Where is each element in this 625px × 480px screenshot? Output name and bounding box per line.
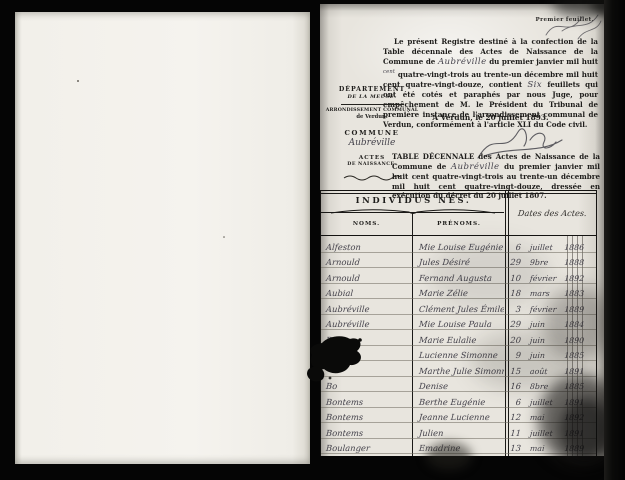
nom-cell: Bontems (321, 397, 412, 407)
scan-smudge (426, 442, 472, 470)
scan-smudge (430, 240, 550, 310)
date-year: 1888 (564, 258, 594, 267)
ink-blot (306, 333, 366, 387)
dates-des-actes-label: Dates des Actes. (517, 208, 587, 218)
noms-column-header: NOMS. (321, 213, 412, 235)
date-day: 13 (504, 443, 521, 453)
prenoms-cell: Berthe Eugénie (411, 397, 505, 407)
header-bottom-rule (321, 235, 596, 236)
departement-name: DE LA MEUSE. (325, 94, 419, 100)
date-day: 11 (504, 428, 521, 438)
attestation-text: du premier janvier mil huit (489, 57, 598, 66)
nom-cell: Arnould (321, 257, 412, 267)
paper-speck (77, 80, 79, 82)
date-day: 6 (504, 397, 521, 407)
date-year: 1886 (564, 243, 594, 252)
nom-cell: Aubial (321, 288, 412, 298)
arrondissement-name: de Verdun. (325, 114, 419, 120)
date-month: mai (529, 444, 544, 453)
commune-label: COMMUNE (325, 129, 419, 137)
prenoms-cell: Mie Louise Paula (411, 319, 505, 329)
paper-speck (223, 236, 225, 238)
commune-name-handwritten: Aubréville (438, 57, 487, 67)
commune-name-handwritten: Aubréville (451, 162, 500, 172)
arrondissement-label: ARRONDISSEMENT COMMUNAL (325, 108, 419, 113)
nom-cell: Boulanger (321, 443, 412, 453)
inserted-word-handwritten: cent (383, 69, 395, 75)
nom-cell: Arnould (321, 273, 412, 283)
stamp-divider (341, 104, 403, 105)
date-day: 29 (504, 319, 521, 329)
feuillets-count-handwritten: Six (527, 80, 542, 90)
departement-label: DÉPARTEMENT (325, 86, 419, 93)
scan-smudge (470, 330, 580, 390)
dates-column-header: Dates des Actes. (506, 191, 598, 235)
date-day: 12 (504, 412, 521, 422)
photo-right-margin (604, 0, 625, 480)
date-year: 1892 (564, 274, 594, 283)
individus-nes-label: INDIVIDUS NÉS. (321, 195, 506, 205)
blank-left-page (15, 12, 310, 464)
commune-name-handwritten: Aubréville (325, 138, 419, 148)
nom-cell: Bontems (321, 412, 412, 422)
nom-cell: Alfeston (321, 242, 412, 252)
prenoms-column-header: PRÉNOMS. (412, 213, 506, 235)
nom-cell: Aubréville (321, 319, 412, 329)
nom-cell: Aubréville (321, 304, 412, 314)
prenoms-cell: Julien (411, 428, 505, 438)
scanned-register-photo: Premier feuillet. Le présent Registre de… (0, 0, 625, 480)
nom-cell: Bontems (321, 428, 412, 438)
individus-nes-header: INDIVIDUS NÉS. (321, 191, 506, 213)
prenoms-cell: Jeanne Lucienne (411, 412, 505, 422)
